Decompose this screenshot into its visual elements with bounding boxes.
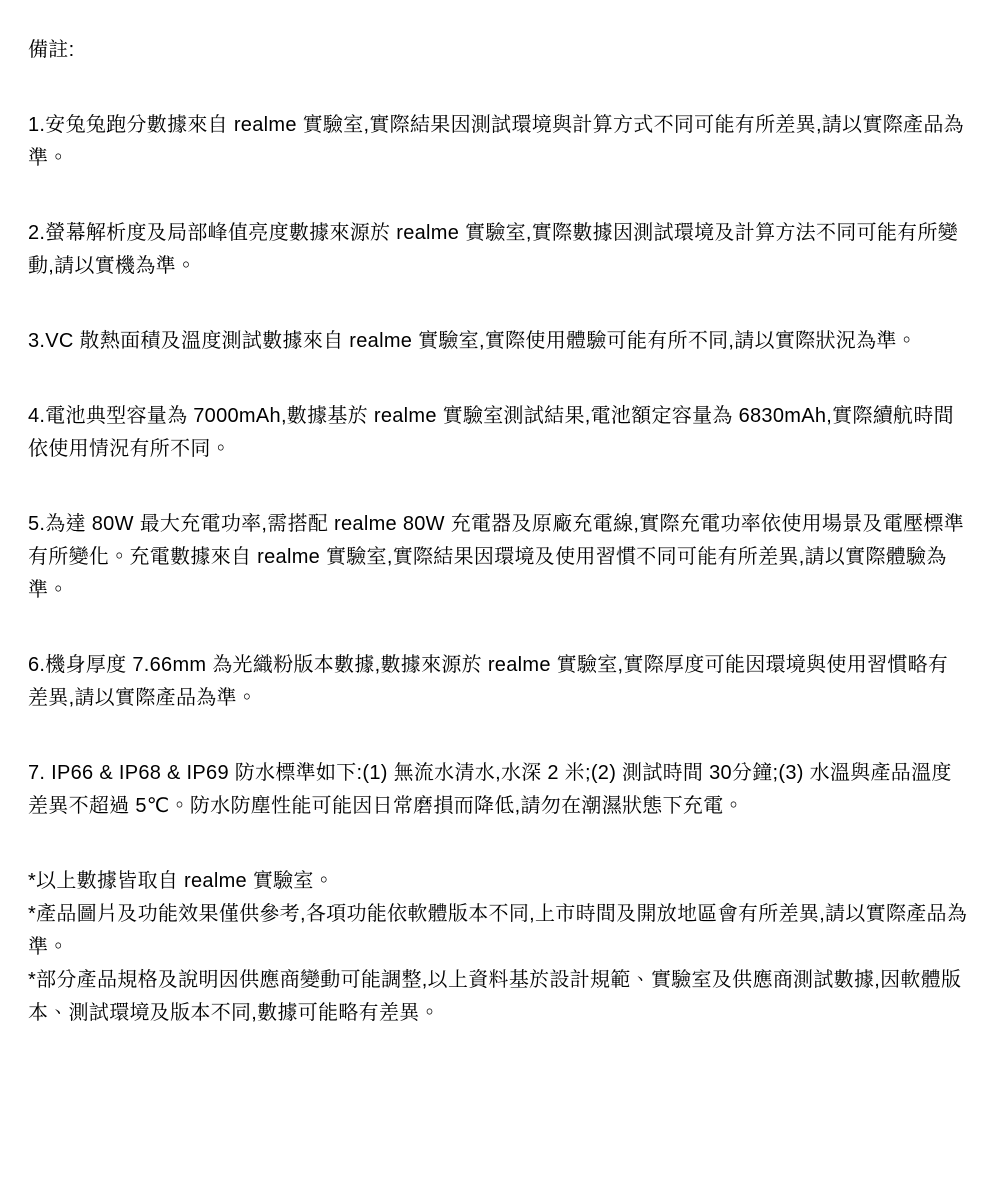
note-item-4: 4.電池典型容量為 7000mAh,數據基於 realme 實驗室測試結果,電池… [28,400,968,466]
footnotes-block: *以上數據皆取自 realme 實驗室。 *產品圖片及功能效果僅供參考,各項功能… [28,865,968,1030]
note-item-1: 1.安兔兔跑分數據來自 realme 實驗室,實際結果因測試環境與計算方式不同可… [28,109,968,175]
note-item-5: 5.為達 80W 最大充電功率,需搭配 realme 80W 充電器及原廠充電線… [28,508,968,607]
note-item-2: 2.螢幕解析度及局部峰值亮度數據來源於 realme 實驗室,實際數據因測試環境… [28,217,968,283]
note-item-3: 3.VC 散熱面積及溫度測試數據來自 realme 實驗室,實際使用體驗可能有所… [28,325,968,358]
notes-title: 備註: [28,34,968,67]
footnote-data-source: *以上數據皆取自 realme 實驗室。 [28,865,968,898]
note-item-6: 6.機身厚度 7.66mm 為光織粉版本數據,數據來源於 realme 實驗室,… [28,649,968,715]
page-background: { "document": { "title": "備註:", "notes":… [0,0,1000,1200]
footnote-product-images: *產品圖片及功能效果僅供參考,各項功能依軟體版本不同,上市時間及開放地區會有所差… [28,898,968,964]
notes-section: 備註: 1.安兔兔跑分數據來自 realme 實驗室,實際結果因測試環境與計算方… [0,0,1000,1030]
footnote-spec-changes: *部分產品規格及說明因供應商變動可能調整,以上資料基於設計規範、實驗室及供應商測… [28,964,968,1030]
note-item-7: 7. IP66 & IP68 & IP69 防水標準如下:(1) 無流水清水,水… [28,757,968,823]
